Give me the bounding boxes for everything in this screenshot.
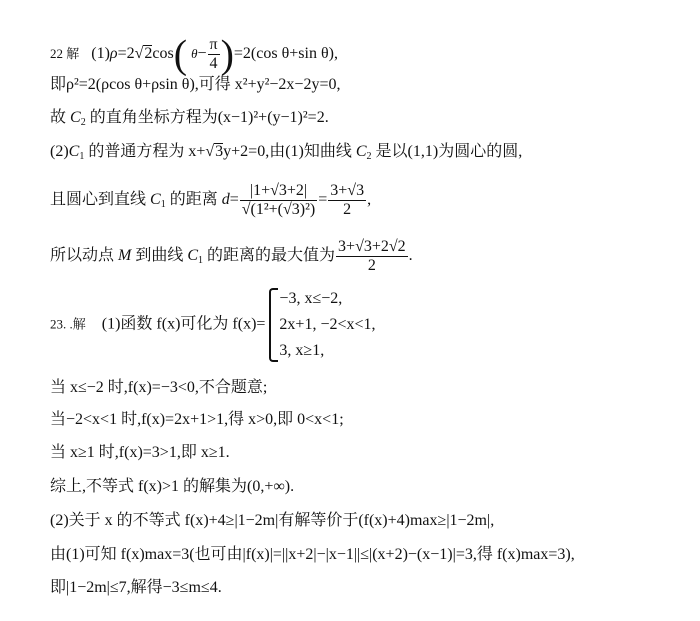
text: 且圆心到直线 [50, 191, 150, 208]
denominator: 2 [328, 201, 366, 219]
cos-text: cos [152, 45, 173, 62]
text: 的普通方程为 x+ [84, 143, 205, 160]
q23-line-3: 当−2<x<1 时,f(x)=2x+1>1,得 x>0,即 0<x<1; [50, 410, 344, 430]
text: 的距离 [166, 191, 222, 208]
equals-2: =2 [118, 45, 135, 62]
sqrt-icon: √ [135, 45, 144, 62]
denominator: 4 [208, 55, 220, 73]
q23-line-5: 综上,不等式 f(x)>1 的解集为(0,+∞). [50, 477, 294, 497]
q23-line-2: 当 x≤−2 时,f(x)=−3<0,不合题意; [50, 378, 267, 398]
case-1: −3, x≤−2, [279, 286, 375, 312]
minus: − [197, 45, 206, 62]
curve-c: C [356, 143, 367, 160]
text: 到曲线 [131, 247, 187, 264]
equals: = [318, 191, 327, 208]
right-paren-icon: ) [221, 32, 234, 77]
pi-over-4-fraction: π4 [208, 36, 220, 73]
numerator: 3+√3 [328, 182, 366, 201]
period: . [409, 247, 413, 264]
piecewise-function: −3, x≤−2, 2x+1, −2<x<1, 3, x≥1, [269, 286, 375, 364]
sqrt-icon: √ [205, 143, 214, 160]
curve-c: C [187, 247, 198, 264]
text: 的直角坐标方程为(x−1)²+(y−1)²=2. [86, 109, 329, 126]
comma: , [367, 191, 371, 208]
left-paren-icon: ( [174, 32, 187, 77]
distance-fraction: |1+√3+2|√(1²+(√3)²) [240, 182, 318, 219]
numerator: |1+√3+2| [240, 182, 318, 201]
q22-line-2: 即ρ²=2(ρcos θ+ρsin θ),可得 x²+y²−2x−2y=0, [50, 75, 340, 95]
q23-line-4: 当 x≥1 时,f(x)=3>1,即 x≥1. [50, 443, 230, 463]
q22-line-5: 且圆心到直线 C1 的距离 d=|1+√3+2|√(1²+(√3)²)=3+√3… [50, 182, 371, 219]
curve-c: C [150, 191, 161, 208]
part-1-marker: (1) [91, 45, 110, 62]
q22-line-4: (2)C1 的普通方程为 x+√3y+2=0,由(1)知曲线 C2 是以(1,1… [50, 142, 522, 167]
text: 是以(1,1)为圆心的圆, [372, 143, 523, 160]
distance-d: d [222, 191, 230, 208]
denominator: 2 [336, 257, 408, 275]
case-3: 3, x≥1, [279, 338, 375, 364]
text: y+2=0,由(1)知曲线 [223, 143, 356, 160]
numerator: π [208, 36, 220, 55]
q22-line-3: 故 C2 的直角坐标方程为(x−1)²+(y−1)²=2. [50, 108, 329, 133]
q22-line-1-rest: =2(cos θ+sin θ), [234, 45, 338, 62]
rho-symbol: ρ [110, 45, 118, 62]
q22-line-6: 所以动点 M 到曲线 C1 的距离的最大值为3+√3+2√22. [50, 238, 413, 275]
q23-line-1: 23. .解 (1)函数 f(x)可化为 f(x)= −3, x≤−2, 2x+… [50, 286, 376, 364]
q22-label: 22 解 [50, 46, 79, 61]
numerator: 3+√3+2√2 [336, 238, 408, 257]
curve-c: C [70, 109, 81, 126]
q23-label: 23. .解 [50, 317, 86, 332]
q23-line-8: 即|1−2m|≤7,解得−3≤m≤4. [50, 578, 222, 598]
text: 故 [50, 109, 70, 126]
text: 的距离的最大值为 [203, 247, 335, 264]
result-fraction: 3+√32 [328, 182, 366, 219]
point-m: M [118, 247, 131, 264]
q23-line-6: (2)关于 x 的不等式 f(x)+4≥|1−2m|有解等价于(f(x)+4)m… [50, 511, 494, 531]
denominator: √(1²+(√3)²) [240, 201, 318, 219]
text: 所以动点 [50, 247, 118, 264]
curve-c: C [69, 143, 80, 160]
radicand: 3 [214, 143, 223, 160]
q23-line-1-text: (1)函数 f(x)可化为 f(x)= [102, 316, 266, 333]
max-distance-fraction: 3+√3+2√22 [336, 238, 408, 275]
q23-line-7: 由(1)可知 f(x)max=3(也可由|f(x)|=||x+2|−|x−1||… [50, 545, 575, 565]
case-2: 2x+1, −2<x<1, [279, 312, 375, 338]
equals: = [230, 191, 239, 208]
left-brace-icon [269, 288, 278, 362]
q22-line-1: 22 解 (1)ρ=2√2cos( θ−π4)=2(cos θ+sin θ), [50, 36, 338, 73]
part-2-marker: (2) [50, 143, 69, 160]
